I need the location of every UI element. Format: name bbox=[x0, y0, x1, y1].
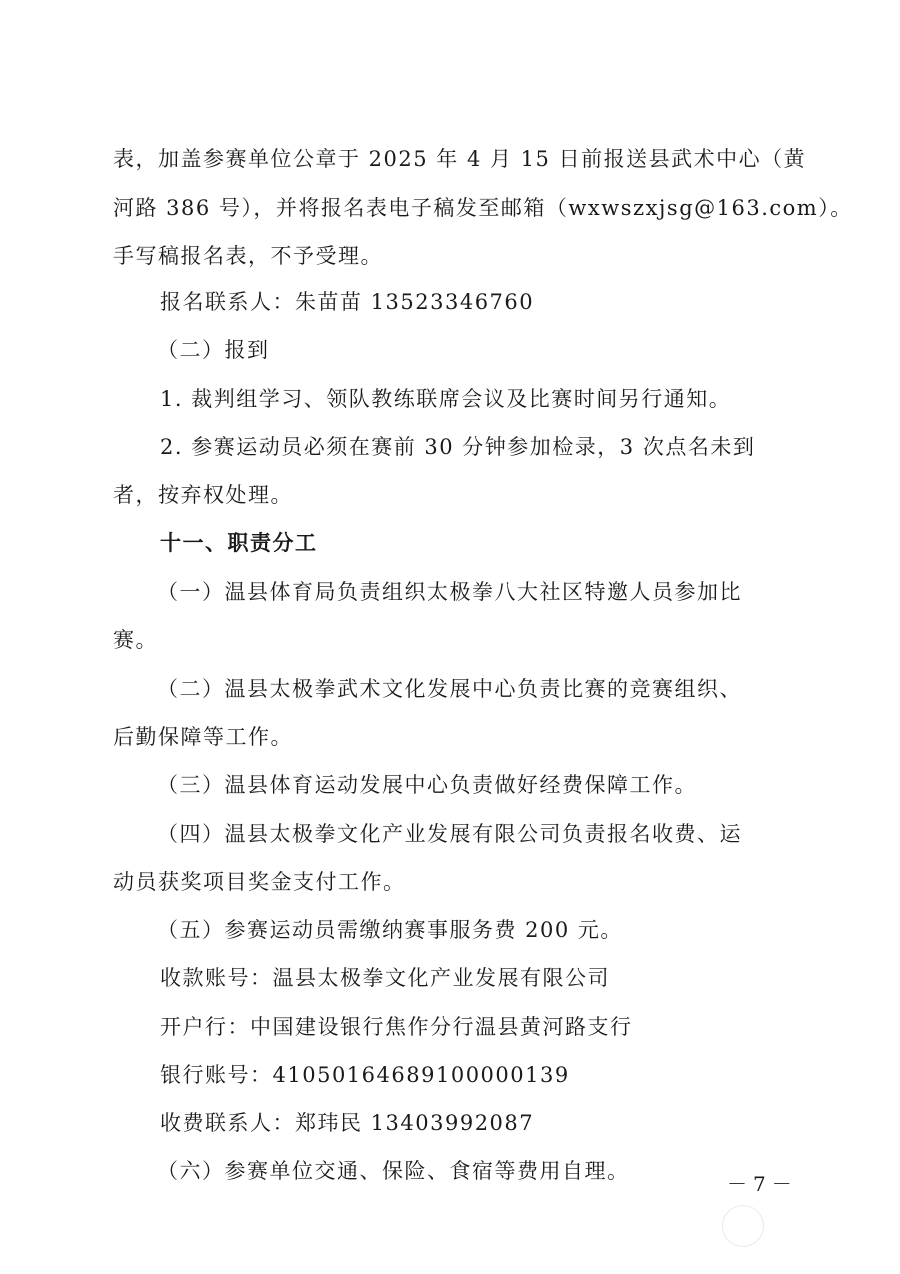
text-line: （五）参赛运动员需缴纳赛事服务费 200 元。 bbox=[157, 914, 623, 944]
text-line: 报名联系人：朱苗苗 13523346760 bbox=[160, 286, 534, 316]
text-line: 赛。 bbox=[113, 624, 158, 654]
text-line: 收费联系人：郑玮民 13403992087 bbox=[160, 1107, 534, 1137]
text-line: （三）温县体育运动发展中心负责做好经费保障工作。 bbox=[157, 769, 697, 799]
text-line: 者，按弃权处理。 bbox=[113, 479, 293, 509]
text-line: 收款账号：温县太极拳文化产业发展有限公司 bbox=[160, 962, 610, 992]
text-line: 银行账号：41050164689100000139 bbox=[160, 1059, 570, 1089]
text-line: （一）温县体育局负责组织太极拳八大社区特邀人员参加比 bbox=[157, 576, 742, 606]
text-line: 动员获奖项目奖金支付工作。 bbox=[113, 866, 406, 896]
text-line: （六）参赛单位交通、保险、食宿等费用自理。 bbox=[157, 1155, 630, 1185]
text-line: 河路 386 号），并将报名表电子稿发至邮箱（wxwszxjsg@163.com… bbox=[113, 192, 853, 222]
faint-seal-mark bbox=[722, 1205, 764, 1247]
section-heading: 十一、职责分工 bbox=[160, 527, 318, 557]
text-line: （四）温县太极拳文化产业发展有限公司负责报名收费、运 bbox=[157, 818, 742, 848]
text-line: （二）温县太极拳武术文化发展中心负责比赛的竞赛组织、 bbox=[157, 673, 742, 703]
text-line: 2. 参赛运动员必须在赛前 30 分钟参加检录，3 次点名未到 bbox=[160, 431, 755, 461]
text-line: 手写稿报名表，不予受理。 bbox=[113, 240, 383, 270]
page-number: －7－ bbox=[727, 1168, 798, 1197]
text-line: 表，加盖参赛单位公章于 2025 年 4 月 15 日前报送县武术中心（黄 bbox=[113, 143, 806, 173]
text-line: 1. 裁判组学习、领队教练联席会议及比赛时间另行通知。 bbox=[160, 383, 731, 413]
text-line: （二）报到 bbox=[157, 334, 270, 364]
text-line: 开户行：中国建设银行焦作分行温县黄河路支行 bbox=[160, 1011, 633, 1041]
text-line: 后勤保障等工作。 bbox=[113, 721, 293, 751]
